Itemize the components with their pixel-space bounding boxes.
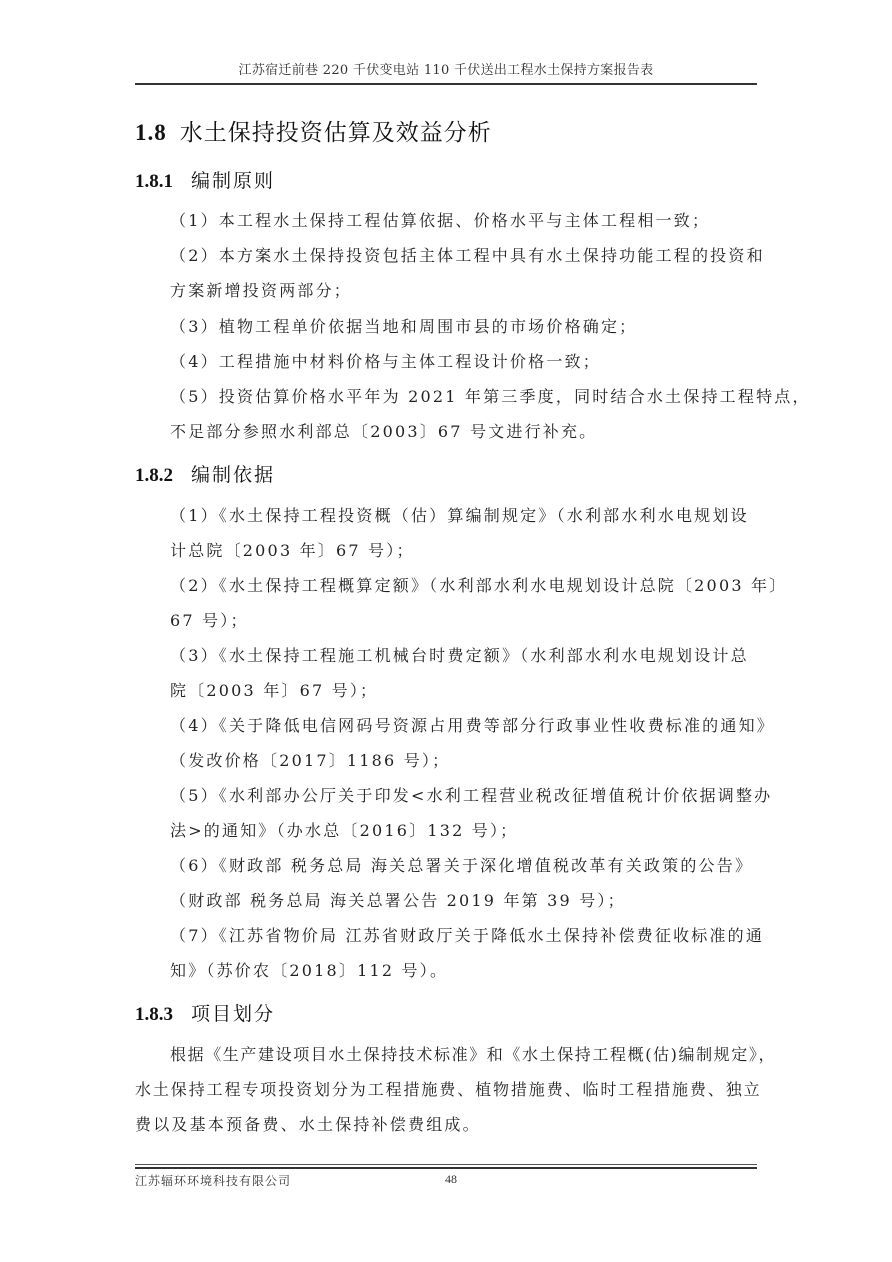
subsection-number: 1.8.2: [135, 465, 173, 486]
principle-item-5: （5）投资估算价格水平年为 2021 年第三季度，同时结合水土保持工程特点，: [170, 387, 811, 407]
subsection-title-compilation-basis: 1.8.2 编制依据: [135, 460, 275, 487]
basis-item-6: （6）《财政部 税务总局 海关总署关于深化增值税改革有关政策的公告》: [170, 856, 753, 876]
principle-item-4: （4）工程措施中材料价格与主体工程设计价格一致；: [170, 352, 601, 372]
footer-rule-thin: [135, 1164, 757, 1165]
subsection-heading: 项目划分: [191, 1003, 275, 1025]
basis-item-2-cont: 67 号）；: [170, 611, 249, 631]
basis-item-4: （4）《关于降低电信网码号资源占用费等部分行政事业性收费标准的通知》: [170, 716, 775, 736]
subsection-number: 1.8.1: [135, 171, 173, 192]
subsection-title-project-division: 1.8.3 项目划分: [135, 999, 275, 1026]
principle-item-2-cont: 方案新增投资两部分；: [170, 281, 352, 301]
basis-item-3: （3）《水土保持工程施工机械台时费定额》（水利部水利水电规划设计总: [170, 646, 749, 666]
page-header: 江苏宿迁前巷 220 千伏变电站 110 千伏送出工程水土保持方案报告表: [135, 62, 757, 85]
section-number: 1.8: [135, 120, 167, 145]
basis-item-1: （1）《水土保持工程投资概（估）算编制规定》（水利部水利水电规划设: [170, 506, 749, 526]
header-title: 江苏宿迁前巷 220 千伏变电站 110 千伏送出工程水土保持方案报告表: [135, 62, 757, 80]
basis-item-1-cont: 计总院〔2003 年〕67 号）；: [170, 541, 415, 561]
basis-item-5-cont: 法>的通知》（办水总〔2016〕132 号）；: [170, 821, 518, 841]
basis-item-2: （2）《水土保持工程概算定额》（水利部水利水电规划设计总院〔2003 年〕: [170, 576, 787, 596]
section-title: 1.8 水土保持投资估算及效益分析: [135, 114, 492, 147]
section-heading: 水土保持投资估算及效益分析: [180, 120, 492, 146]
subsection-heading: 编制依据: [191, 464, 275, 486]
subsection-heading: 编制原则: [191, 170, 275, 192]
page-number: 48: [445, 1172, 457, 1187]
division-paragraph-line-3: 费以及基本预备费、水土保持补偿费组成。: [135, 1115, 481, 1135]
principle-item-5-cont: 不足部分参照水利部总〔2003〕67 号文进行补充。: [170, 422, 597, 442]
division-paragraph-line-1: 根据《生产建设项目水土保持技术标准》和《水土保持工程概(估)编制规定》，: [170, 1045, 776, 1065]
division-paragraph-line-2: 水土保持工程专项投资划分为工程措施费、植物措施费、临时工程措施费、独立: [135, 1080, 762, 1100]
basis-item-4-cont: （发改价格〔2017〕1186 号）；: [170, 751, 450, 771]
subsection-number: 1.8.3: [135, 1004, 173, 1025]
principle-item-3: （3）植物工程单价依据当地和周围市县的市场价格确定；: [170, 317, 637, 337]
basis-item-3-cont: 院〔2003 年〕67 号）；: [170, 681, 378, 701]
page-footer: 江苏辐环环境科技有限公司 48: [135, 1164, 757, 1169]
basis-item-7-cont: 知》（苏价农〔2018〕112 号）。: [170, 961, 448, 981]
footer-rule-thick: [135, 1167, 757, 1169]
basis-item-5: （5）《水利部办公厅关于印发<水利工程营业税改征增值税计价依据调整办: [170, 786, 772, 806]
basis-item-6-cont: （财政部 税务总局 海关总署公告 2019 年第 39 号）；: [170, 891, 626, 911]
header-rule: [135, 83, 757, 85]
basis-item-7: （7）《江苏省物价局 江苏省财政厅关于降低水土保持补偿费征收标准的通: [170, 926, 764, 946]
subsection-title-compilation-principles: 1.8.1 编制原则: [135, 166, 275, 193]
principle-item-2: （2）本方案水土保持投资包括主体工程中具有水土保持功能工程的投资和: [170, 246, 765, 266]
principle-item-1: （1）本工程水土保持工程估算依据、价格水平与主体工程相一致；: [170, 211, 710, 231]
footer-company: 江苏辐环环境科技有限公司: [135, 1172, 291, 1189]
